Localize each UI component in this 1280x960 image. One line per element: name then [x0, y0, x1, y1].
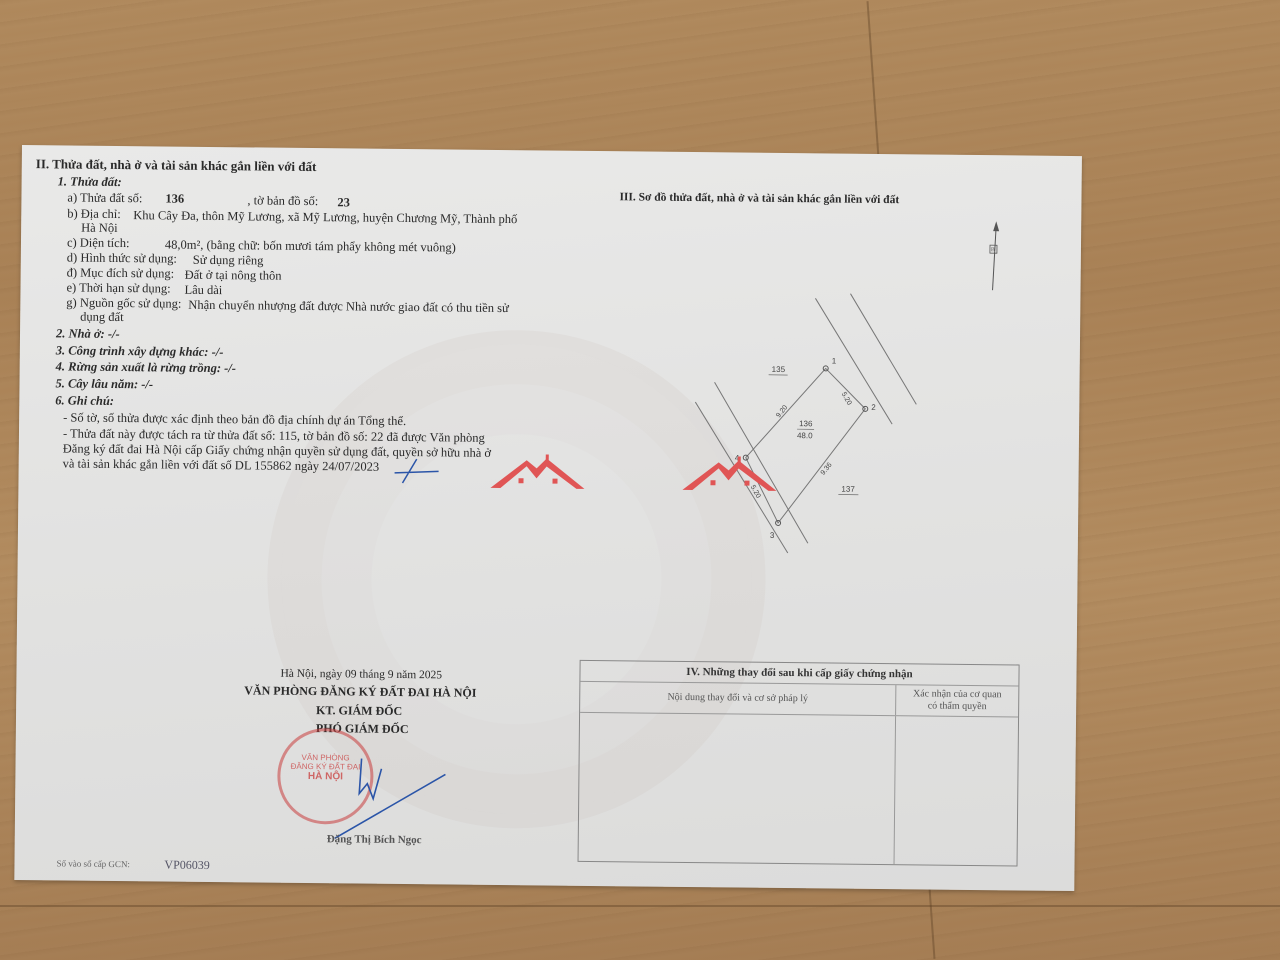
changes-col-authority: Xác nhận của cơ quan có thẩm quyền [896, 685, 1018, 716]
item-6-notes-title: 6. Ghi chú: [55, 394, 114, 408]
item-1-title: 1. Thửa đất: [58, 175, 122, 189]
map-sheet-value: 23 [337, 196, 350, 210]
registry-number-label: Số vào sổ cấp GCN: [56, 859, 130, 870]
edge-length: 9.36 [820, 462, 834, 477]
changes-col-content: Nội dung thay đổi và cơ sở pháp lý [580, 682, 896, 715]
handwritten-signature [315, 753, 456, 844]
parcel-number-label: a) Thửa đất số: [67, 191, 142, 206]
section-3-title: III. Sơ đồ thửa đất, nhà ở và tài sản kh… [619, 191, 899, 207]
usage-form-label: d) Hình thức sử dụng: [67, 251, 177, 266]
item-2-house: 2. Nhà ở: -/- [56, 327, 120, 341]
item-4-plantation-forest: 4. Rừng sản xuất là rừng trồng: -/- [56, 360, 236, 376]
usage-term-label: e) Thời hạn sử dụng: [66, 281, 170, 296]
point-label: 2 [871, 403, 876, 412]
item-5-perennial-trees: 5. Cây lâu năm: -/- [55, 377, 153, 392]
usage-term-value: Lâu dài [184, 284, 222, 298]
item-3-other-constructions: 3. Công trình xây dựng khác: -/- [56, 344, 224, 360]
usage-purpose-label: đ) Mục đích sử dụng: [67, 266, 175, 281]
parcel-diagram: B 1 2 3 4 5.20 9.20 9.36 5.20 136 48.0 1… [678, 212, 1042, 576]
address-label: b) Địa chỉ: [67, 207, 121, 221]
point-label: 1 [832, 356, 837, 365]
section-2-title: II. Thửa đất, nhà ở và tài sản khác gắn … [36, 157, 317, 174]
land-certificate-page: II. Thửa đất, nhà ở và tài sản khác gắn … [14, 145, 1082, 891]
parcel-area: 48.0 [797, 431, 813, 440]
note-2-line3: và tài sản khác gắn liền với đất số DL 1… [63, 457, 380, 474]
origin-value-line1: Nhận chuyển nhượng đất được Nhà nước gia… [188, 299, 509, 316]
area-label: c) Diện tích: [67, 236, 130, 250]
house-logo-watermark [680, 454, 780, 495]
changes-cell-authority [895, 716, 1019, 865]
address-value-line1: Khu Cây Đa, thôn Mỹ Lương, xã Mỹ Lương, … [133, 209, 517, 227]
neighbor-parcel-south: 137 [841, 485, 855, 494]
house-logo-watermark [488, 452, 588, 493]
signer-role-1: KT. GIÁM ĐỐC [316, 704, 402, 718]
usage-form-value: Sử dụng riêng [193, 254, 264, 268]
map-sheet-label: , tờ bản đồ số: [247, 194, 318, 208]
north-arrow [993, 225, 997, 290]
signer-name: Đặng Thị Bích Ngọc [327, 833, 422, 846]
address-value-line2: Hà Nội [81, 222, 118, 236]
neighbor-parcel-north: 135 [772, 365, 786, 374]
changes-table: IV. Những thay đổi sau khi cấp giấy chứn… [578, 660, 1020, 867]
usage-purpose-value: Đất ở tại nông thôn [185, 269, 282, 284]
issue-date: Hà Nội, ngày 09 tháng 9 năm 2025 [280, 668, 442, 682]
parcel-id: 136 [799, 419, 813, 428]
registry-number-value: VP06039 [164, 859, 209, 873]
point-label: 3 [770, 531, 775, 540]
changes-cell-content [579, 713, 897, 864]
initial-mark [392, 455, 442, 486]
floor-seam [0, 905, 1280, 907]
origin-value-line2: dụng đất [80, 311, 124, 325]
parcel-number-value: 136 [165, 193, 184, 207]
issuing-office: VĂN PHÒNG ĐĂNG KÝ ĐẤT ĐAI HÀ NỘI [244, 684, 476, 700]
north-label: B [991, 247, 995, 253]
